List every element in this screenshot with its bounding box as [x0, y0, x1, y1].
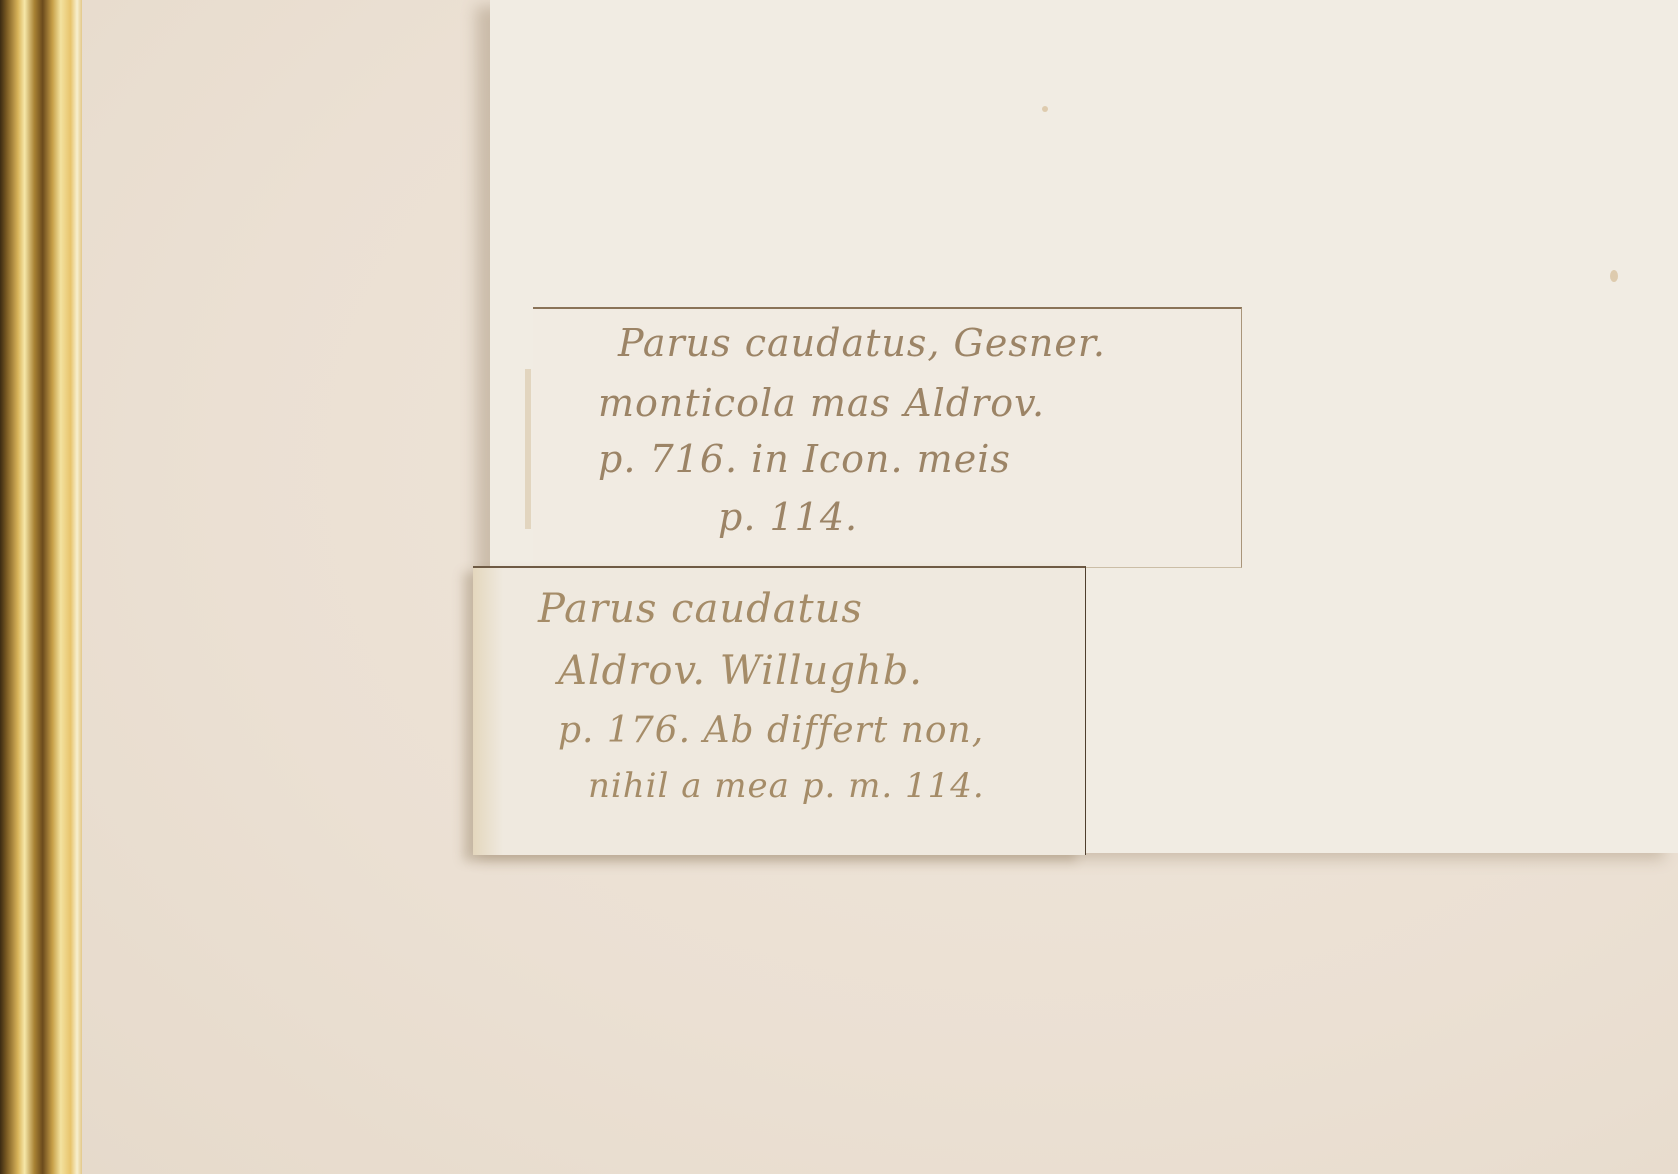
label-1-line-1: Parus caudatus, Gesner. — [618, 321, 1106, 365]
label-1-line-2: monticola mas Aldrov. — [598, 381, 1045, 425]
specimen-label-1: Parus caudatus, Gesner. monticola mas Al… — [533, 307, 1242, 568]
specimen-label-2: Parus caudatus Aldrov. Willughb. p. 176.… — [473, 566, 1086, 855]
label-1-line-4: p. 114. — [718, 495, 858, 539]
label-2-line-4: nihil a mea p. m. 114. — [588, 766, 985, 806]
label-edge-stain — [525, 369, 531, 529]
label-2-line-3: p. 176. Ab differt non, — [558, 710, 984, 751]
label-2-line-1: Parus caudatus — [538, 586, 863, 632]
foxing-spot — [1610, 270, 1618, 282]
label-edge-stain — [473, 568, 503, 855]
foxing-spot — [1042, 106, 1048, 112]
label-2-line-2: Aldrov. Willughb. — [558, 648, 923, 694]
gilt-frame — [0, 0, 82, 1174]
label-1-line-3: p. 716. in Icon. meis — [598, 437, 1011, 481]
